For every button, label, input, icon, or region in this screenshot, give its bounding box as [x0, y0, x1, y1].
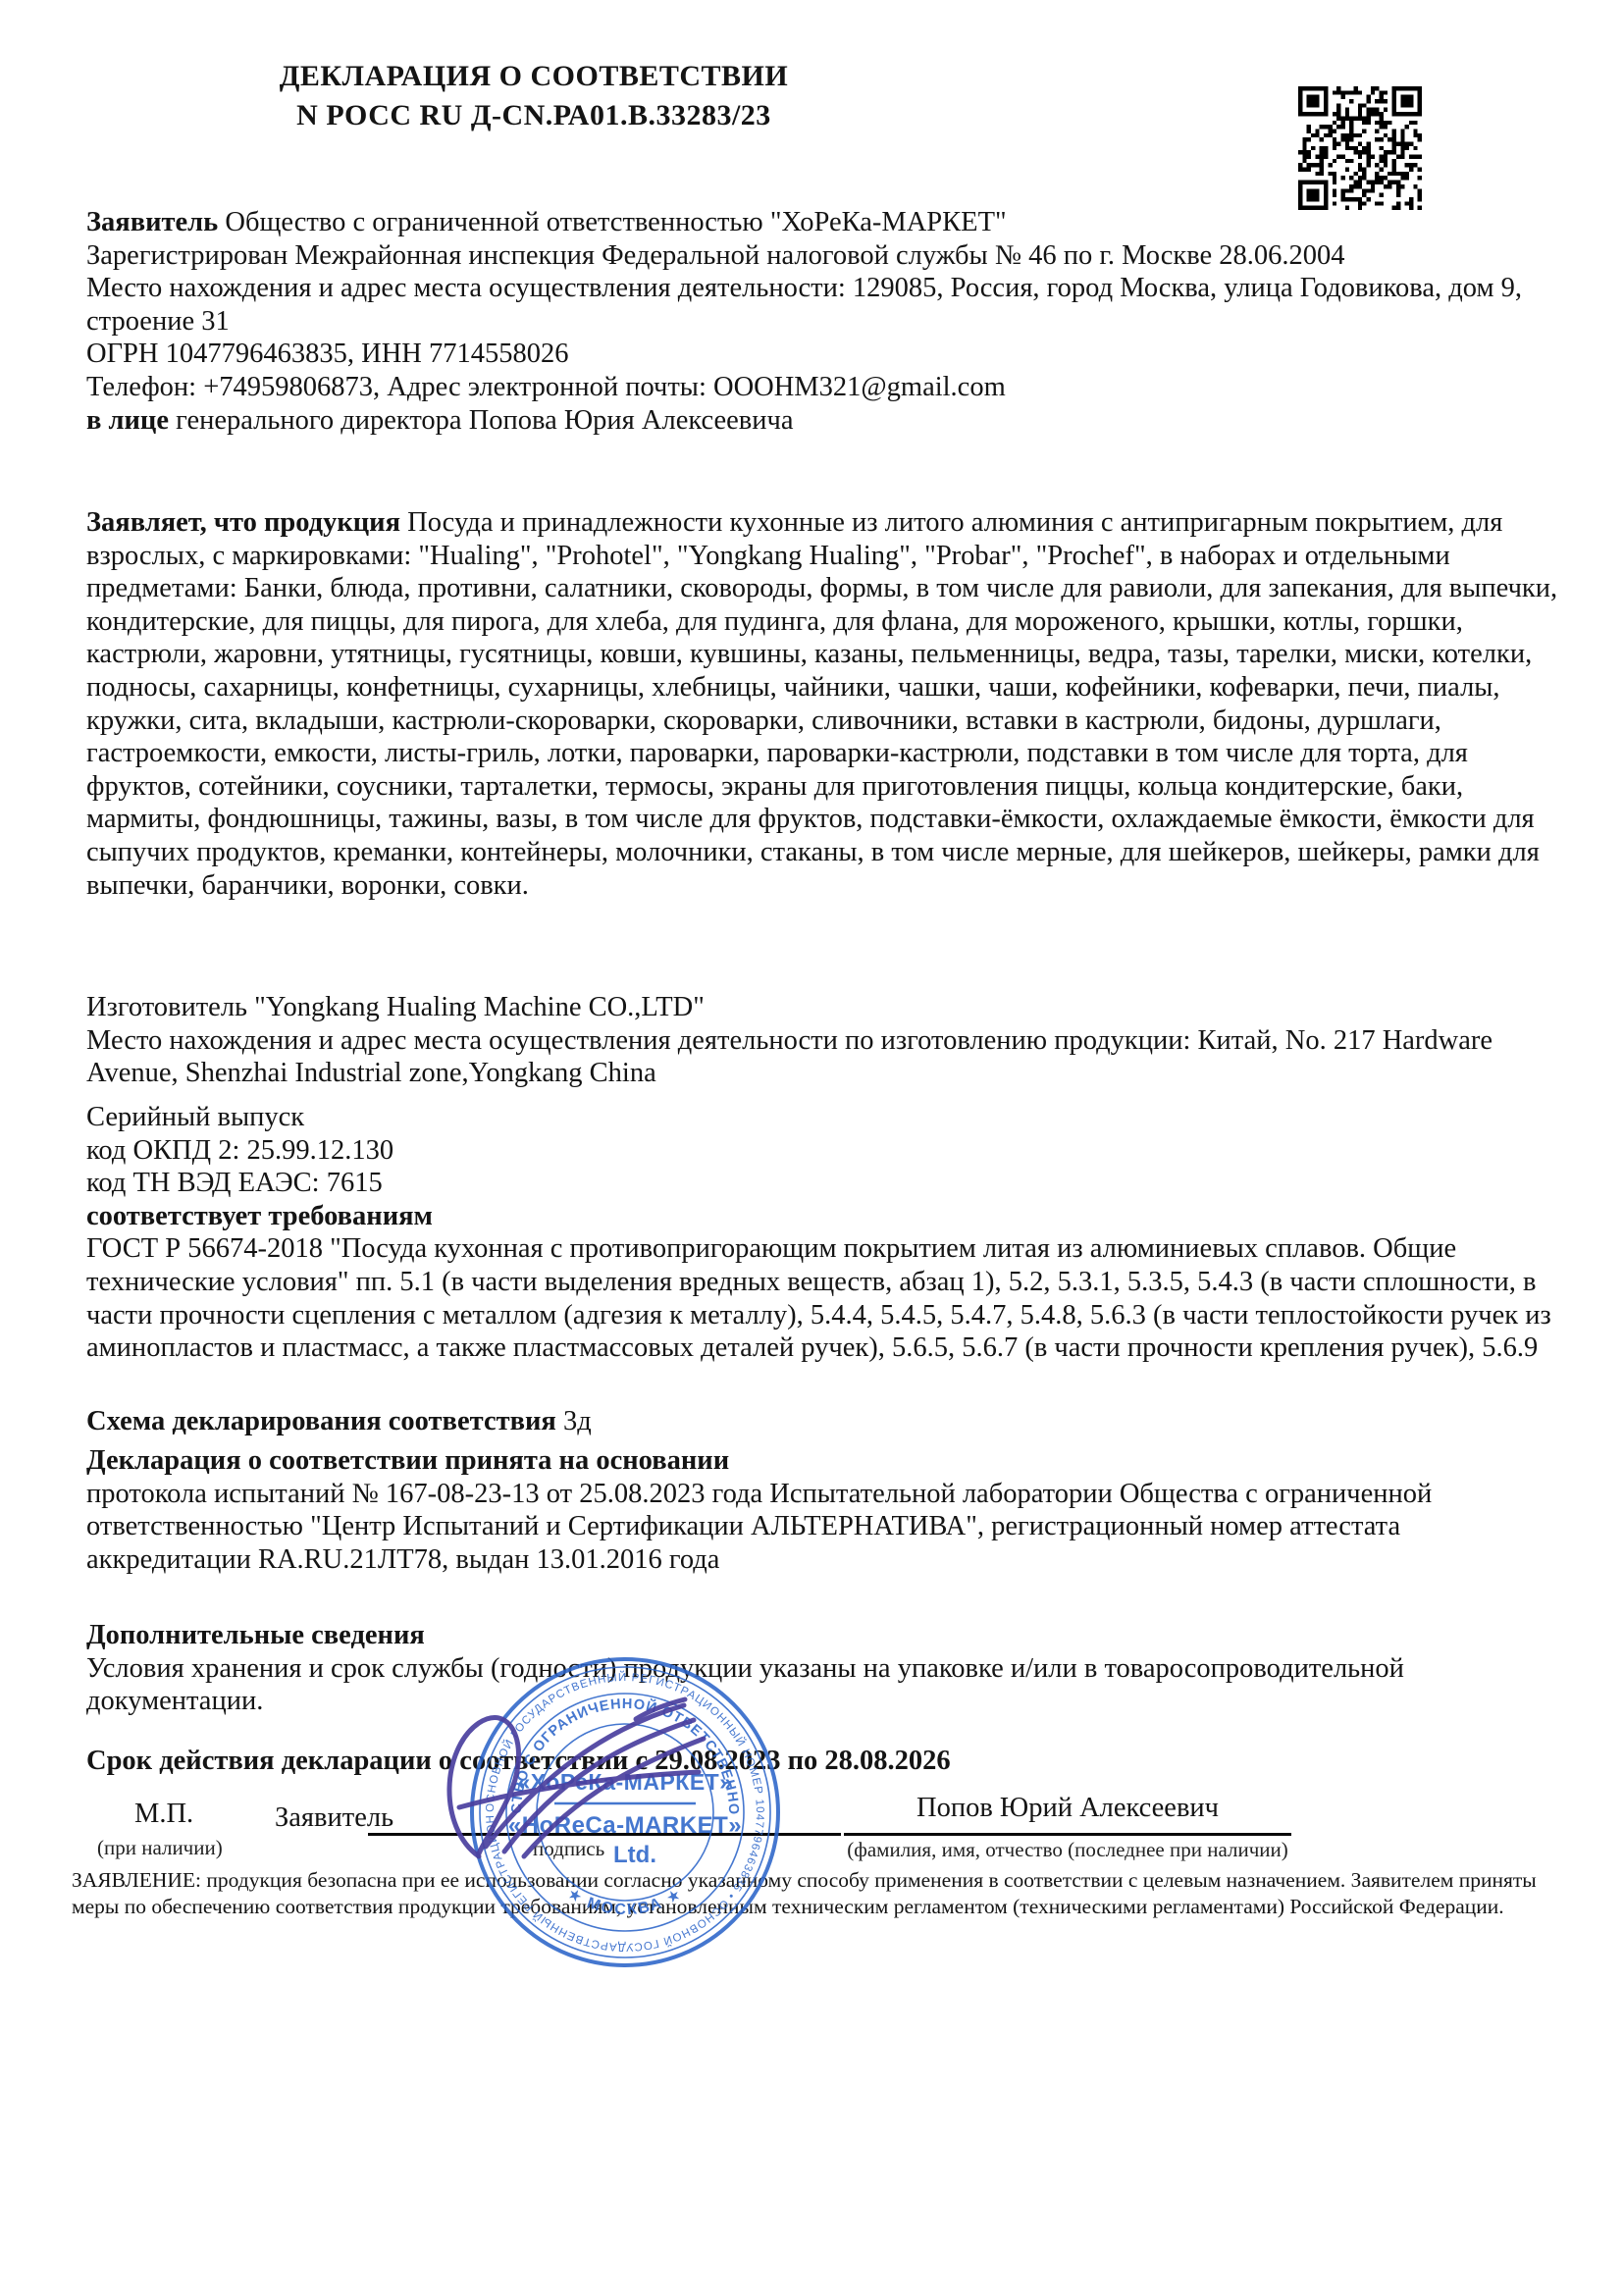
scheme-line: Схема декларирования соответствия 3д [86, 1405, 1558, 1438]
gost-paragraph: ГОСТ Р 56674-2018 "Посуда кухонная с про… [86, 1232, 1558, 1364]
product-paragraph: Заявляет, что продукция Посуда и принадл… [86, 506, 1558, 902]
document-number: N РОСС RU Д-CN.РА01.В.33283/23 [86, 96, 981, 135]
manufacturer-name: Изготовитель "Yongkang Hualing Machine C… [86, 991, 1558, 1024]
serial-release: Серийный выпуск [86, 1101, 1558, 1134]
fio-line [844, 1833, 1291, 1836]
signatory-fio: Попов Юрий Алексеевич [844, 1792, 1291, 1825]
additional-heading: Дополнительные сведения [86, 1619, 1558, 1652]
manufacturer-section: Изготовитель "Yongkang Hualing Machine C… [86, 991, 1558, 1090]
manufacturer-address: Место нахождения и адрес места осуществл… [86, 1024, 1558, 1090]
fio-caption: (фамилия, имя, отчество (последнее при н… [844, 1838, 1291, 1862]
complies-heading: соответствует требованиям [86, 1200, 1558, 1233]
applicant-registered: Зарегистрирован Межрайонная инспекция Фе… [86, 239, 1558, 273]
applicant-section: Заявитель Общество с ограниченной ответс… [86, 206, 1558, 437]
tnved-code: код ТН ВЭД ЕАЭС: 7615 [86, 1167, 1558, 1200]
additional-text: Условия хранения и срок службы (годности… [86, 1652, 1558, 1718]
basis-text: протокола испытаний № 167-08-23-13 от 25… [86, 1478, 1558, 1577]
okpd-code: код ОКПД 2: 25.99.12.130 [86, 1134, 1558, 1168]
declaration-document: ДЕКЛАРАЦИЯ О СООТВЕТСТВИИ N РОСС RU Д-CN… [0, 0, 1623, 2296]
applicant-contacts: Телефон: +74959806873, Адрес электронной… [86, 371, 1558, 404]
scheme-value: 3д [556, 1406, 592, 1436]
applicant-label: Заявитель [86, 207, 218, 237]
basis-section: Декларация о соответствии принята на осн… [86, 1444, 1558, 1576]
mp-note: (при наличии) [97, 1836, 223, 1860]
product-section: Заявляет, что продукция Посуда и принадл… [86, 506, 1558, 902]
product-label: Заявляет, что продукция [86, 507, 400, 538]
signature-stroke-2 [504, 1720, 694, 1852]
in-person-label: в лице [86, 405, 169, 436]
mp-label: М.П. [134, 1798, 193, 1831]
applicant-ogrn-inn: ОГРН 1047796463835, ИНН 7714558026 [86, 338, 1558, 371]
qr-code-icon [1298, 86, 1422, 210]
applicant-role-label: Заявитель [275, 1801, 393, 1835]
scheme-section: Схема декларирования соответствия 3д [86, 1405, 1558, 1438]
basis-heading: Декларация о соответствии принята на осн… [86, 1444, 1558, 1478]
additional-section: Дополнительные сведения Условия хранения… [86, 1619, 1558, 1718]
validity-line: Срок действия декларации о соответствии … [86, 1745, 1558, 1778]
applicant-name: Общество с ограниченной ответственностью… [218, 207, 1006, 237]
document-title-line1: ДЕКЛАРАЦИЯ О СООТВЕТСТВИИ [86, 57, 981, 96]
statement-text: ЗАЯВЛЕНИЕ: продукция безопасна при ее ис… [72, 1867, 1563, 1919]
signature-scrawl [402, 1658, 726, 1884]
codes-section: Серийный выпуск код ОКПД 2: 25.99.12.130… [86, 1101, 1558, 1365]
applicant-name-line: Заявитель Общество с ограниченной ответс… [86, 206, 1558, 239]
document-title: ДЕКЛАРАЦИЯ О СООТВЕТСТВИИ N РОСС RU Д-CN… [86, 57, 981, 135]
applicant-address: Место нахождения и адрес места осуществл… [86, 272, 1558, 338]
scheme-label: Схема декларирования соответствия [86, 1406, 556, 1436]
product-text: Посуда и принадлежности кухонные из лито… [86, 507, 1557, 901]
in-person-name: генерального директора Попова Юрия Алекс… [169, 405, 794, 436]
signature-loop [449, 1718, 519, 1856]
applicant-in-person: в лице генерального директора Попова Юри… [86, 404, 1558, 438]
